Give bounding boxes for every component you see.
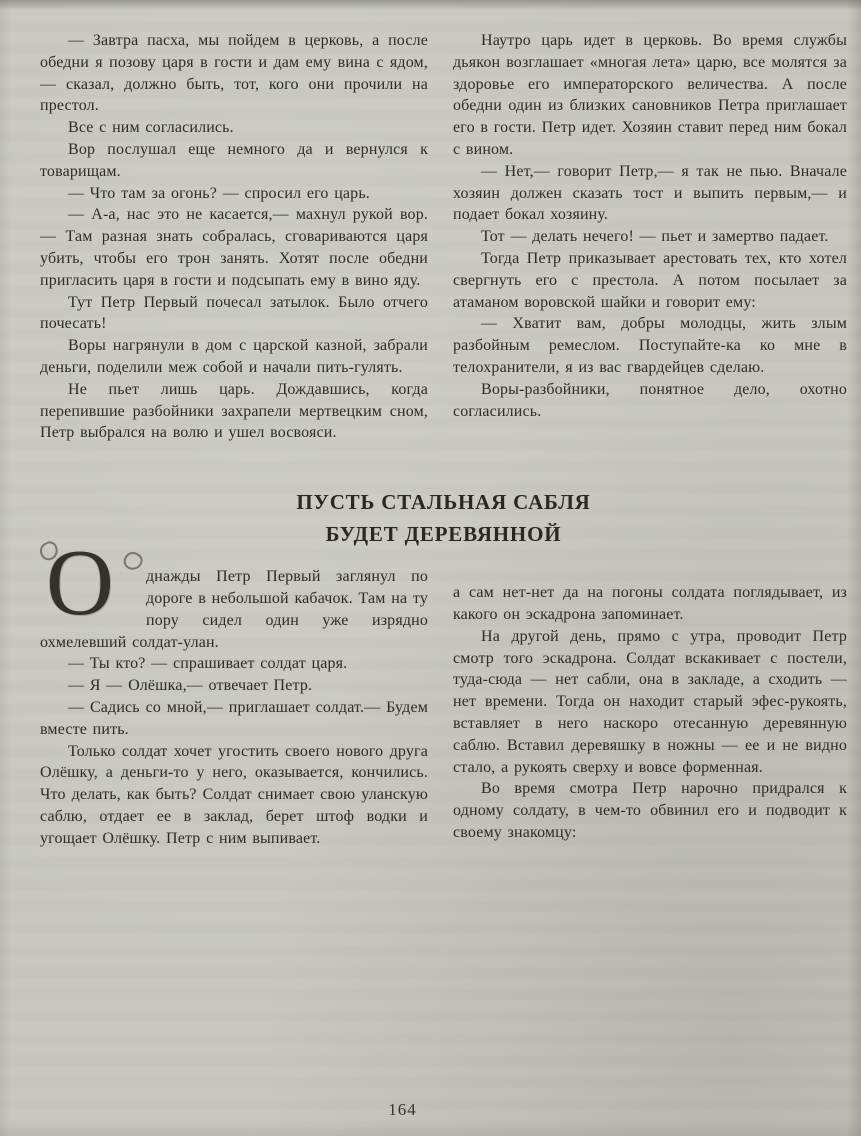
paragraph: а сам нет-нет да на погоны солдата погля… — [453, 582, 847, 626]
paragraph: — Завтра пасха, мы пойдем в церковь, а п… — [40, 30, 428, 117]
paragraph: Все с ним согласились. — [40, 117, 428, 139]
paragraph: Воры-разбойники, понятное дело, охотно с… — [453, 379, 847, 423]
paragraph: Тот — делать нечего! — пьет и замертво п… — [453, 226, 847, 248]
paragraph: Вор послушал еще немного да и вернулся к… — [40, 139, 428, 183]
paragraph: — Ты кто? — спрашивает солдат царя. — [40, 653, 428, 675]
paragraph: Тогда Петр приказывает арестовать тех, к… — [453, 248, 847, 313]
paragraph: — Что там за огонь? — спросил его царь. — [40, 183, 428, 205]
paragraph: Наутро царь идет в церковь. Во время слу… — [453, 30, 847, 161]
story2-left-column: Однажды Петр Первый заглянул по дороге в… — [40, 566, 428, 849]
paragraph: — Хватит вам, добры молодцы, жить злым р… — [453, 313, 847, 378]
story2-right-column: а сам нет-нет да на погоны солдата погля… — [453, 582, 847, 849]
paragraph: Только солдат хочет угостить своего ново… — [40, 741, 428, 850]
page-number: 164 — [0, 1100, 833, 1120]
story1-left-column: — Завтра пасха, мы пойдем в церковь, а п… — [40, 30, 428, 444]
dropcap-letter: О — [46, 536, 114, 630]
paragraph: — А-а, нас это не касается,— махнул руко… — [40, 204, 428, 291]
paragraph: — Я — Олёшка,— отвечает Петр. — [40, 675, 428, 697]
paragraph: Тут Петр Первый почесал затылок. Было от… — [40, 292, 428, 336]
paragraph: — Садись со мной,— приглашает солдат.— Б… — [40, 697, 428, 741]
paragraph: На другой день, прямо с утра, проводит П… — [453, 626, 847, 779]
section-title-line2: БУДЕТ ДЕРЕВЯННОЙ — [326, 522, 562, 546]
paragraph: — Нет,— говорит Петр,— я так не пью. Вна… — [453, 161, 847, 226]
paragraph: Не пьет лишь царь. Дождавшись, когда пер… — [40, 379, 428, 444]
story2-columns: Однажды Петр Первый заглянул по дороге в… — [40, 566, 847, 849]
paragraph: Воры нагрянули в дом с царской казной, з… — [40, 335, 428, 379]
story1-right-column: Наутро царь идет в церковь. Во время слу… — [453, 30, 847, 444]
story1-columns: — Завтра пасха, мы пойдем в церковь, а п… — [40, 30, 847, 444]
ornate-dropcap: О — [40, 566, 146, 612]
section-title: ПУСТЬ СТАЛЬНАЯ САБЛЯ БУДЕТ ДЕРЕВЯННОЙ — [40, 486, 847, 550]
paragraph: Во время смотра Петр нарочно придрался к… — [453, 778, 847, 843]
section-title-line1: ПУСТЬ СТАЛЬНАЯ САБЛЯ — [296, 490, 590, 514]
opening-paragraph: Однажды Петр Первый заглянул по дороге в… — [40, 566, 428, 653]
scanned-book-page: — Завтра пасха, мы пойдем в церковь, а п… — [0, 0, 861, 1136]
